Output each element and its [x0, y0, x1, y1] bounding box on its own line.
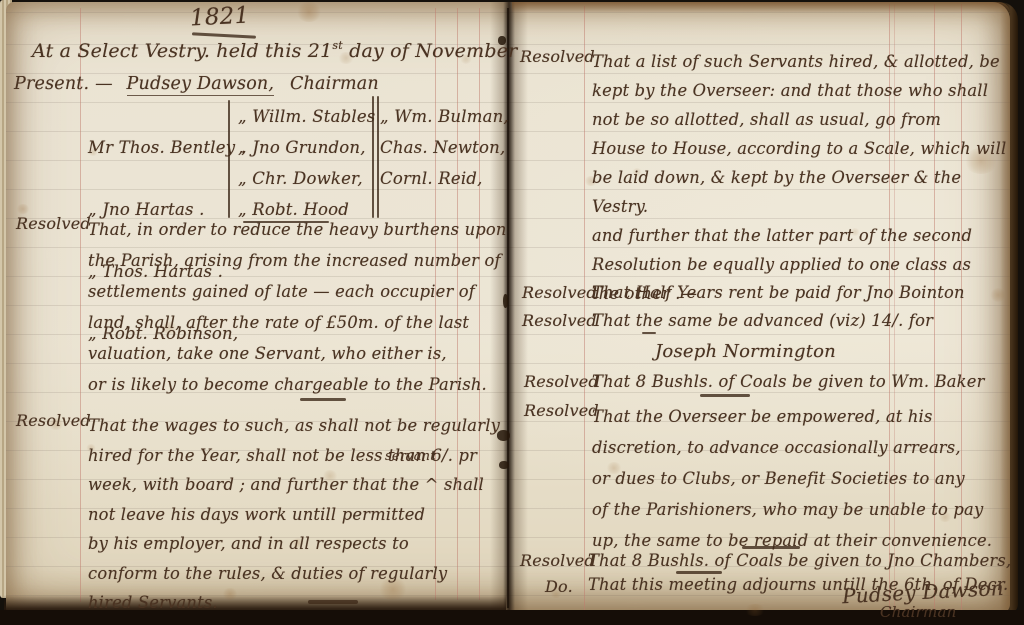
ink-underline	[676, 571, 722, 574]
attendee-name: Cornl. Reid,	[380, 163, 509, 194]
attendee-name: „ Wm. Bulman,	[380, 101, 509, 132]
attendee-name: „ Jno Grundon,	[238, 132, 375, 163]
resolution-label: Resolved	[520, 551, 595, 570]
attendee-column-3: „ Wm. Bulman, Chas. Newton, Cornl. Reid,	[380, 101, 509, 194]
chairman-name: Pudsey Dawson,	[127, 74, 275, 96]
stain	[16, 204, 30, 214]
ink-underline	[742, 546, 800, 549]
resolution-body: That, in order to reduce the heavy burth…	[88, 214, 518, 400]
resolution-label: Resolved	[522, 311, 597, 330]
resolution-label: Resolved	[520, 47, 595, 66]
ditto-label: Do.	[545, 577, 573, 596]
attendee-column-2: „ Willm. Stables „ Jno Grundon, „ Chr. D…	[238, 101, 375, 225]
resolution-label: Resolved	[524, 401, 599, 420]
left-margin-line	[80, 8, 81, 602]
resolution-body: That the same be advanced (viz) 14/. for	[592, 311, 933, 330]
right-page-margin-line	[584, 6, 585, 610]
attendee-name: „ Chr. Dowker,	[238, 163, 375, 194]
attendee-name: „ Willm. Stables	[238, 101, 375, 132]
resolution-label: Resolved	[524, 372, 599, 391]
resolution-body: That the Overseer be empowered, at his d…	[592, 401, 1022, 556]
ink-underline	[700, 394, 750, 397]
resolution-label: Resolved	[522, 283, 597, 302]
heading-superscript: st	[332, 39, 342, 52]
stain	[744, 604, 766, 616]
resolution-body: That the wages to such, as shall not be …	[88, 411, 518, 618]
stain	[296, 2, 322, 22]
meeting-heading: At a Select Vestry. held this 21st day o…	[32, 40, 517, 62]
ink-column-separator	[372, 96, 374, 218]
present-label: Present. —	[14, 74, 113, 94]
attendee-name: Mr Thos. Bentley .	[88, 132, 246, 163]
resolution-body: That 8 Bushls. of Coals be given to Wm. …	[592, 372, 985, 391]
attendee-name: Chas. Newton,	[380, 132, 509, 163]
manuscript-scan: 1821 At a Select Vestry. held this 21st …	[0, 0, 1024, 625]
ink-underline	[642, 332, 656, 334]
year-heading: 1821	[189, 2, 250, 31]
resolution-body: That a list of such Servants hired, & al…	[592, 47, 1022, 308]
ink-underline	[308, 600, 358, 604]
ink-column-separator	[377, 96, 379, 218]
resolution-body: That Half Years rent be paid for Jno Boi…	[592, 283, 965, 302]
inserted-word: servant	[385, 449, 436, 464]
resolution-label: Resolved	[16, 411, 91, 430]
page-top-edge	[512, 2, 1010, 13]
present-line: Present. — Pudsey Dawson, Chairman	[14, 74, 379, 94]
signature-role: Chairman	[880, 603, 956, 621]
resolution-label: Resolved	[16, 214, 91, 233]
heading-text: day of November	[343, 40, 518, 62]
ink-underline	[300, 398, 346, 401]
chairman-role: Chairman	[290, 74, 379, 94]
ink-column-separator	[228, 100, 230, 218]
heading-text: At a Select Vestry. held this 21	[32, 40, 332, 62]
resolution-body: That 8 Bushls. of Coals be given to Jno …	[588, 551, 1011, 570]
person-name: Joseph Normington	[655, 341, 836, 362]
